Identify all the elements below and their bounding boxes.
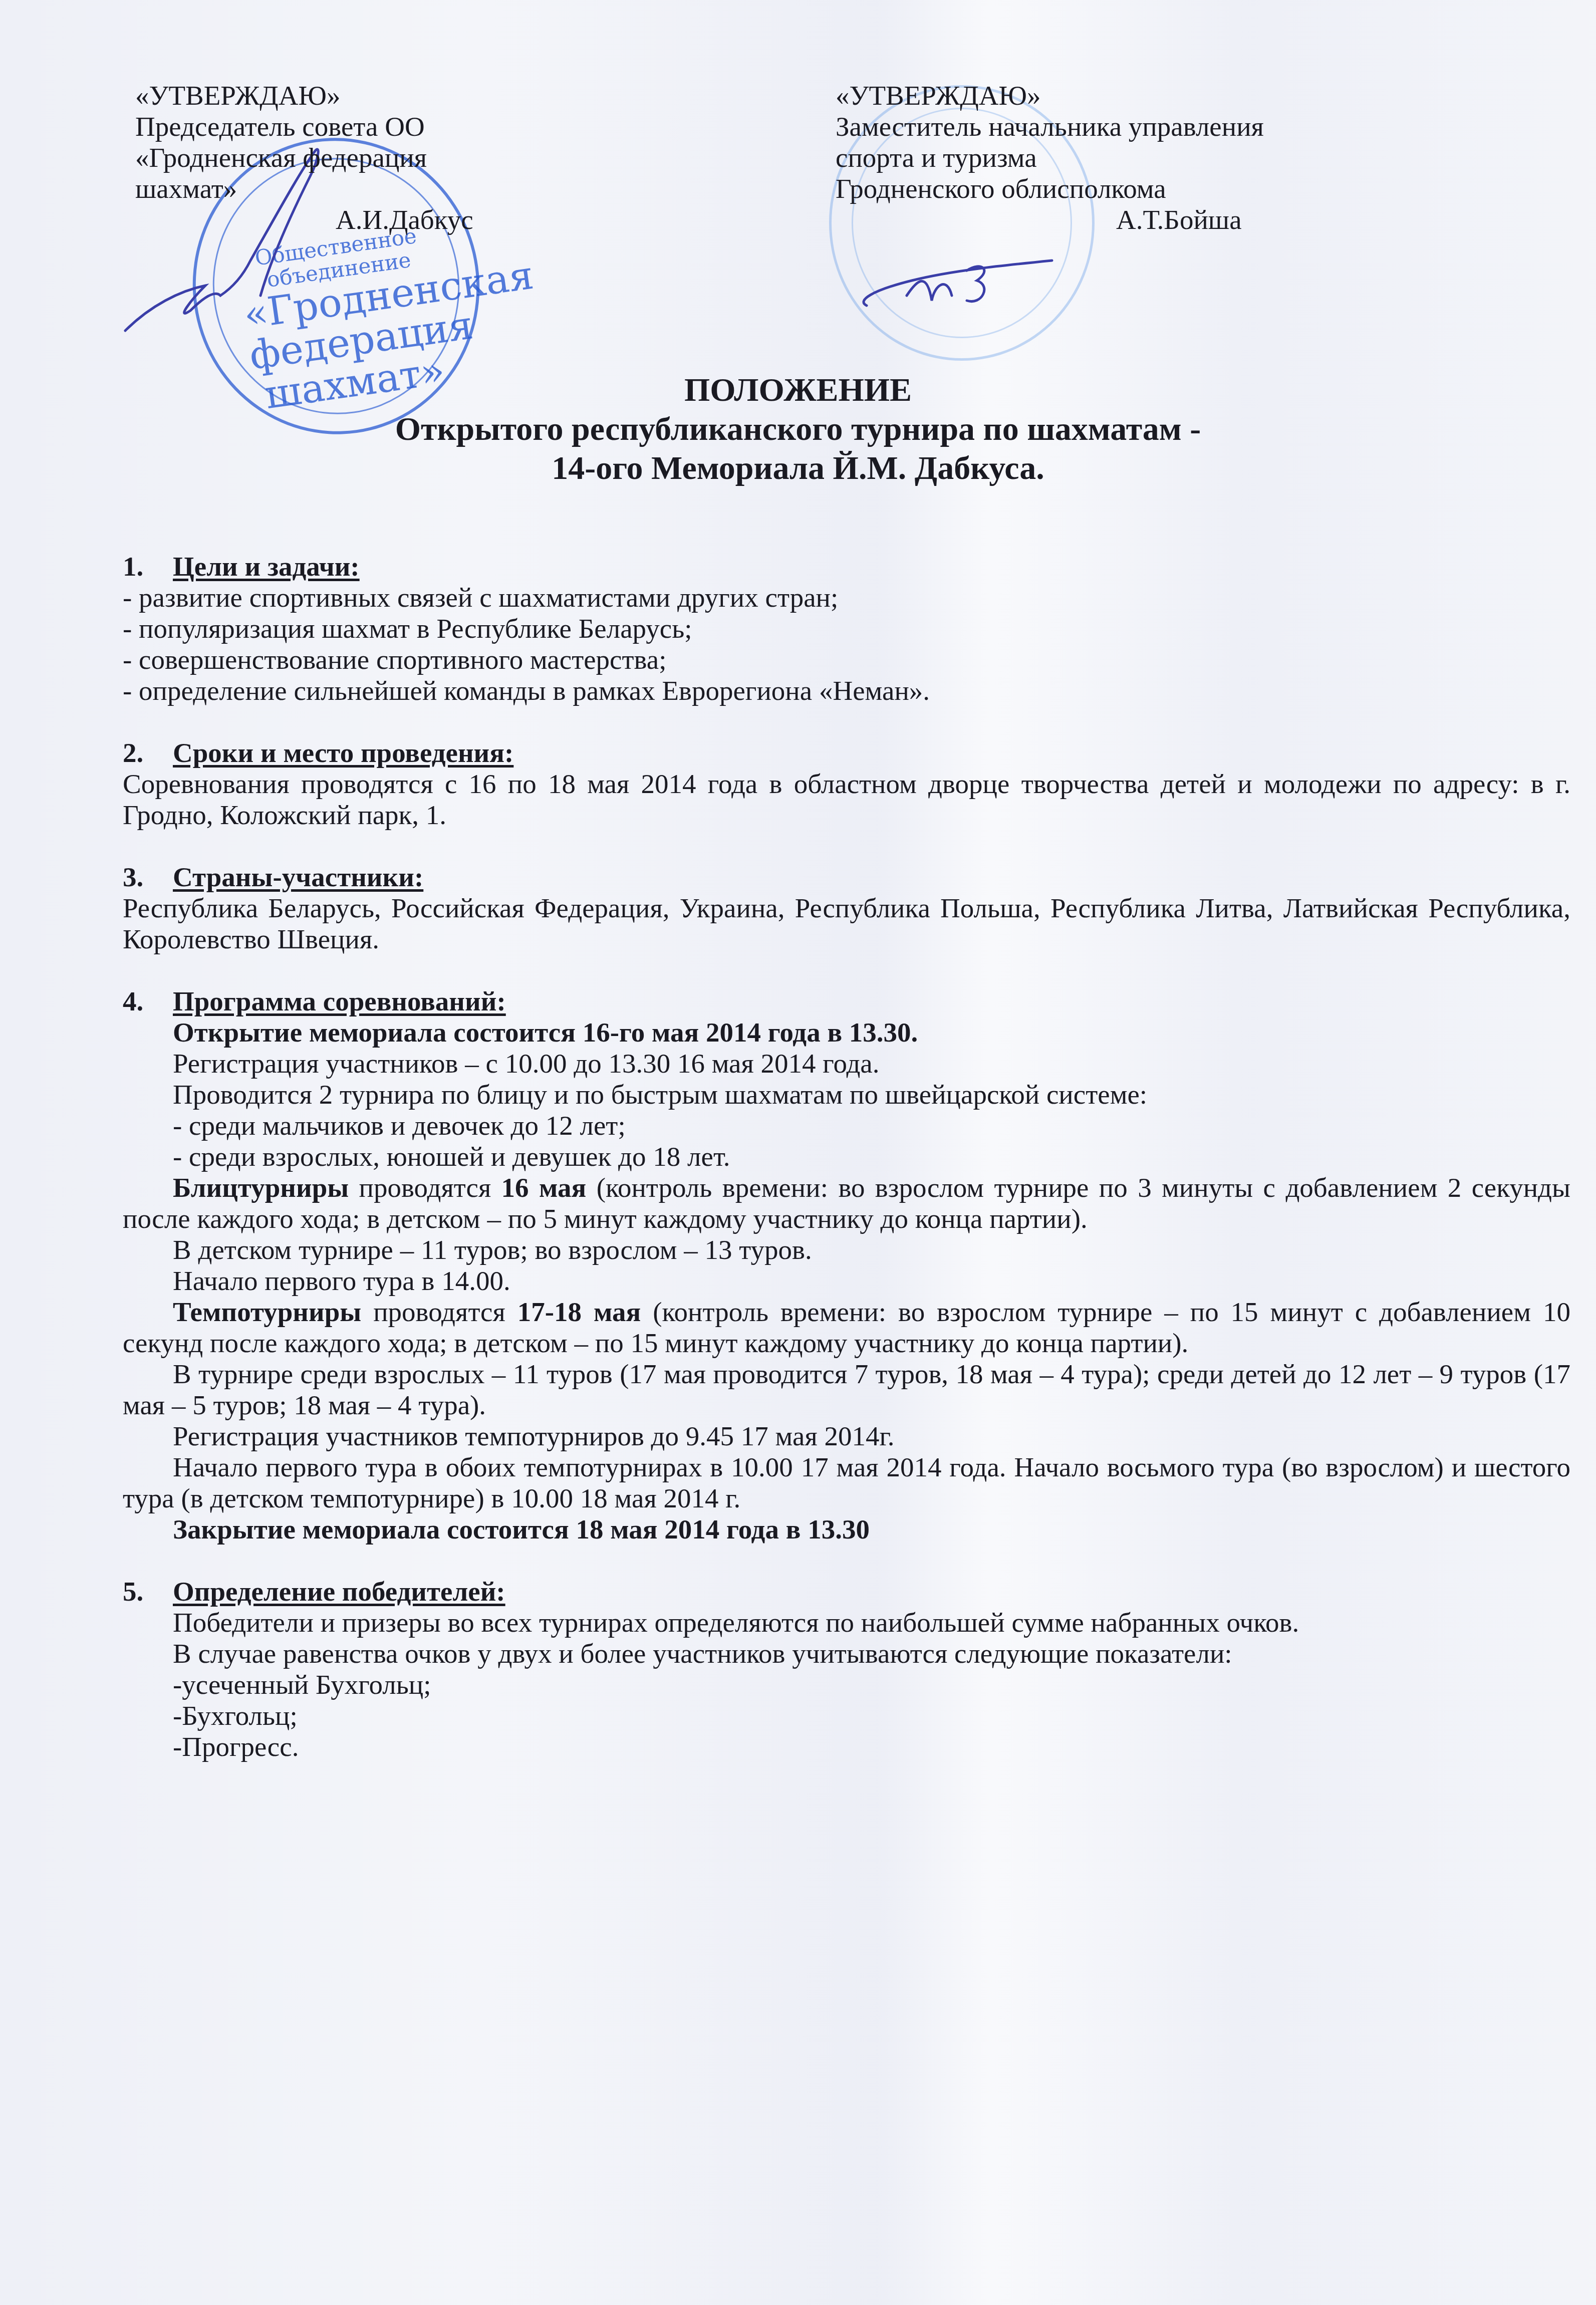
section-program: 4. Программа соревнований: Открытие мемо… [123,986,1570,1545]
title-line: 14-ого Мемориала Й.М. Дабкуса. [0,449,1596,488]
approval-block-right: «УТВЕРЖДАЮ» Заместитель начальника управ… [836,80,1264,235]
approval-line: Председатель совета ОО [135,111,473,142]
paragraph: Соревнования проводятся с 16 по 18 мая 2… [123,769,1570,831]
list-item: -усеченный Бухгольц; [123,1669,1570,1700]
paragraph: Регистрация участников – с 10.00 до 13.3… [123,1048,1570,1079]
section-number: 3. [123,862,173,893]
opening-text: Открытие мемориала состоится 16-го мая 2… [123,1017,1570,1048]
section-number: 2. [123,737,173,769]
paragraph: Начало первого тура в обоих темпотурнира… [123,1452,1570,1514]
document-body: 1. Цели и задачи: - развитие спортивных … [123,551,1570,1794]
paragraph: Победители и призеры во всех турнирах оп… [123,1607,1570,1638]
section-number: 4. [123,986,173,1017]
list-item: - среди взрослых, юношей и девушек до 18… [123,1141,1570,1172]
paragraph: Начало первого тура в 14.00. [123,1265,1570,1297]
list-item: -Прогресс. [123,1731,1570,1762]
closing-text: Закрытие мемориала состоится 18 мая 2014… [123,1514,1570,1545]
list-item: - популяризация шахмат в Республике Бела… [123,613,1570,644]
signatory-name: А.Т.Бойша [836,204,1264,235]
list-item: - среди мальчиков и девочек до 12 лет; [123,1110,1570,1141]
list-item: - развитие спортивных связей с шахматист… [123,582,1570,613]
approval-line: «Гродненская федерация [135,142,473,173]
paragraph: Проводится 2 турнира по блицу и по быстр… [123,1079,1570,1110]
section-goals: 1. Цели и задачи: - развитие спортивных … [123,551,1570,706]
section-number: 1. [123,551,173,582]
approval-line: Заместитель начальника управления [836,111,1264,142]
paragraph: В детском турнире – 11 туров; во взросло… [123,1234,1570,1265]
section-title: Цели и задачи: [173,551,360,582]
approval-heading: «УТВЕРЖДАЮ» [836,80,1264,111]
section-title: Программа соревнований: [173,986,506,1017]
approval-heading: «УТВЕРЖДАЮ» [135,80,473,111]
paragraph: В турнире среди взрослых – 11 туров (17 … [123,1359,1570,1421]
approval-line: шахмат» [135,173,473,204]
approval-block-left: «УТВЕРЖДАЮ» Председатель совета ОО «Грод… [135,80,473,235]
section-title: Страны-участники: [173,862,423,893]
signature-right-icon [852,240,1062,321]
list-item: - совершенствование спортивного мастерст… [123,644,1570,675]
paragraph: Регистрация участников темпотурниров до … [123,1421,1570,1452]
section-title: Сроки и место проведения: [173,737,513,769]
document-title: ПОЛОЖЕНИЕ Открытого республиканского тур… [0,371,1596,488]
list-item: -Бухгольц; [123,1700,1570,1731]
blitz-paragraph: Блицтурниры проводятся 16 мая (контроль … [123,1172,1570,1234]
signatory-name: А.И.Дабкус [135,204,473,235]
approval-line: спорта и туризма [836,142,1264,173]
section-title: Определение победителей: [173,1576,505,1607]
document-page: Общественное объединение «Гродненская фе… [0,0,1596,2305]
paragraph: В случае равенства очков у двух и более … [123,1638,1570,1669]
approval-line: Гродненского облисполкома [836,173,1264,204]
section-dates-venue: 2. Сроки и место проведения: Соревновани… [123,737,1570,831]
title-line: ПОЛОЖЕНИЕ [0,371,1596,410]
list-item: - определение сильнейшей команды в рамка… [123,675,1570,706]
section-countries: 3. Страны-участники: Республика Беларусь… [123,862,1570,955]
section-winners: 5. Определение победителей: Победители и… [123,1576,1570,1762]
rapid-paragraph: Темпотурниры проводятся 17-18 мая (контр… [123,1297,1570,1359]
section-number: 5. [123,1576,173,1607]
title-line: Открытого республиканского турнира по ша… [0,410,1596,449]
paragraph: Республика Беларусь, Российская Федераци… [123,893,1570,955]
